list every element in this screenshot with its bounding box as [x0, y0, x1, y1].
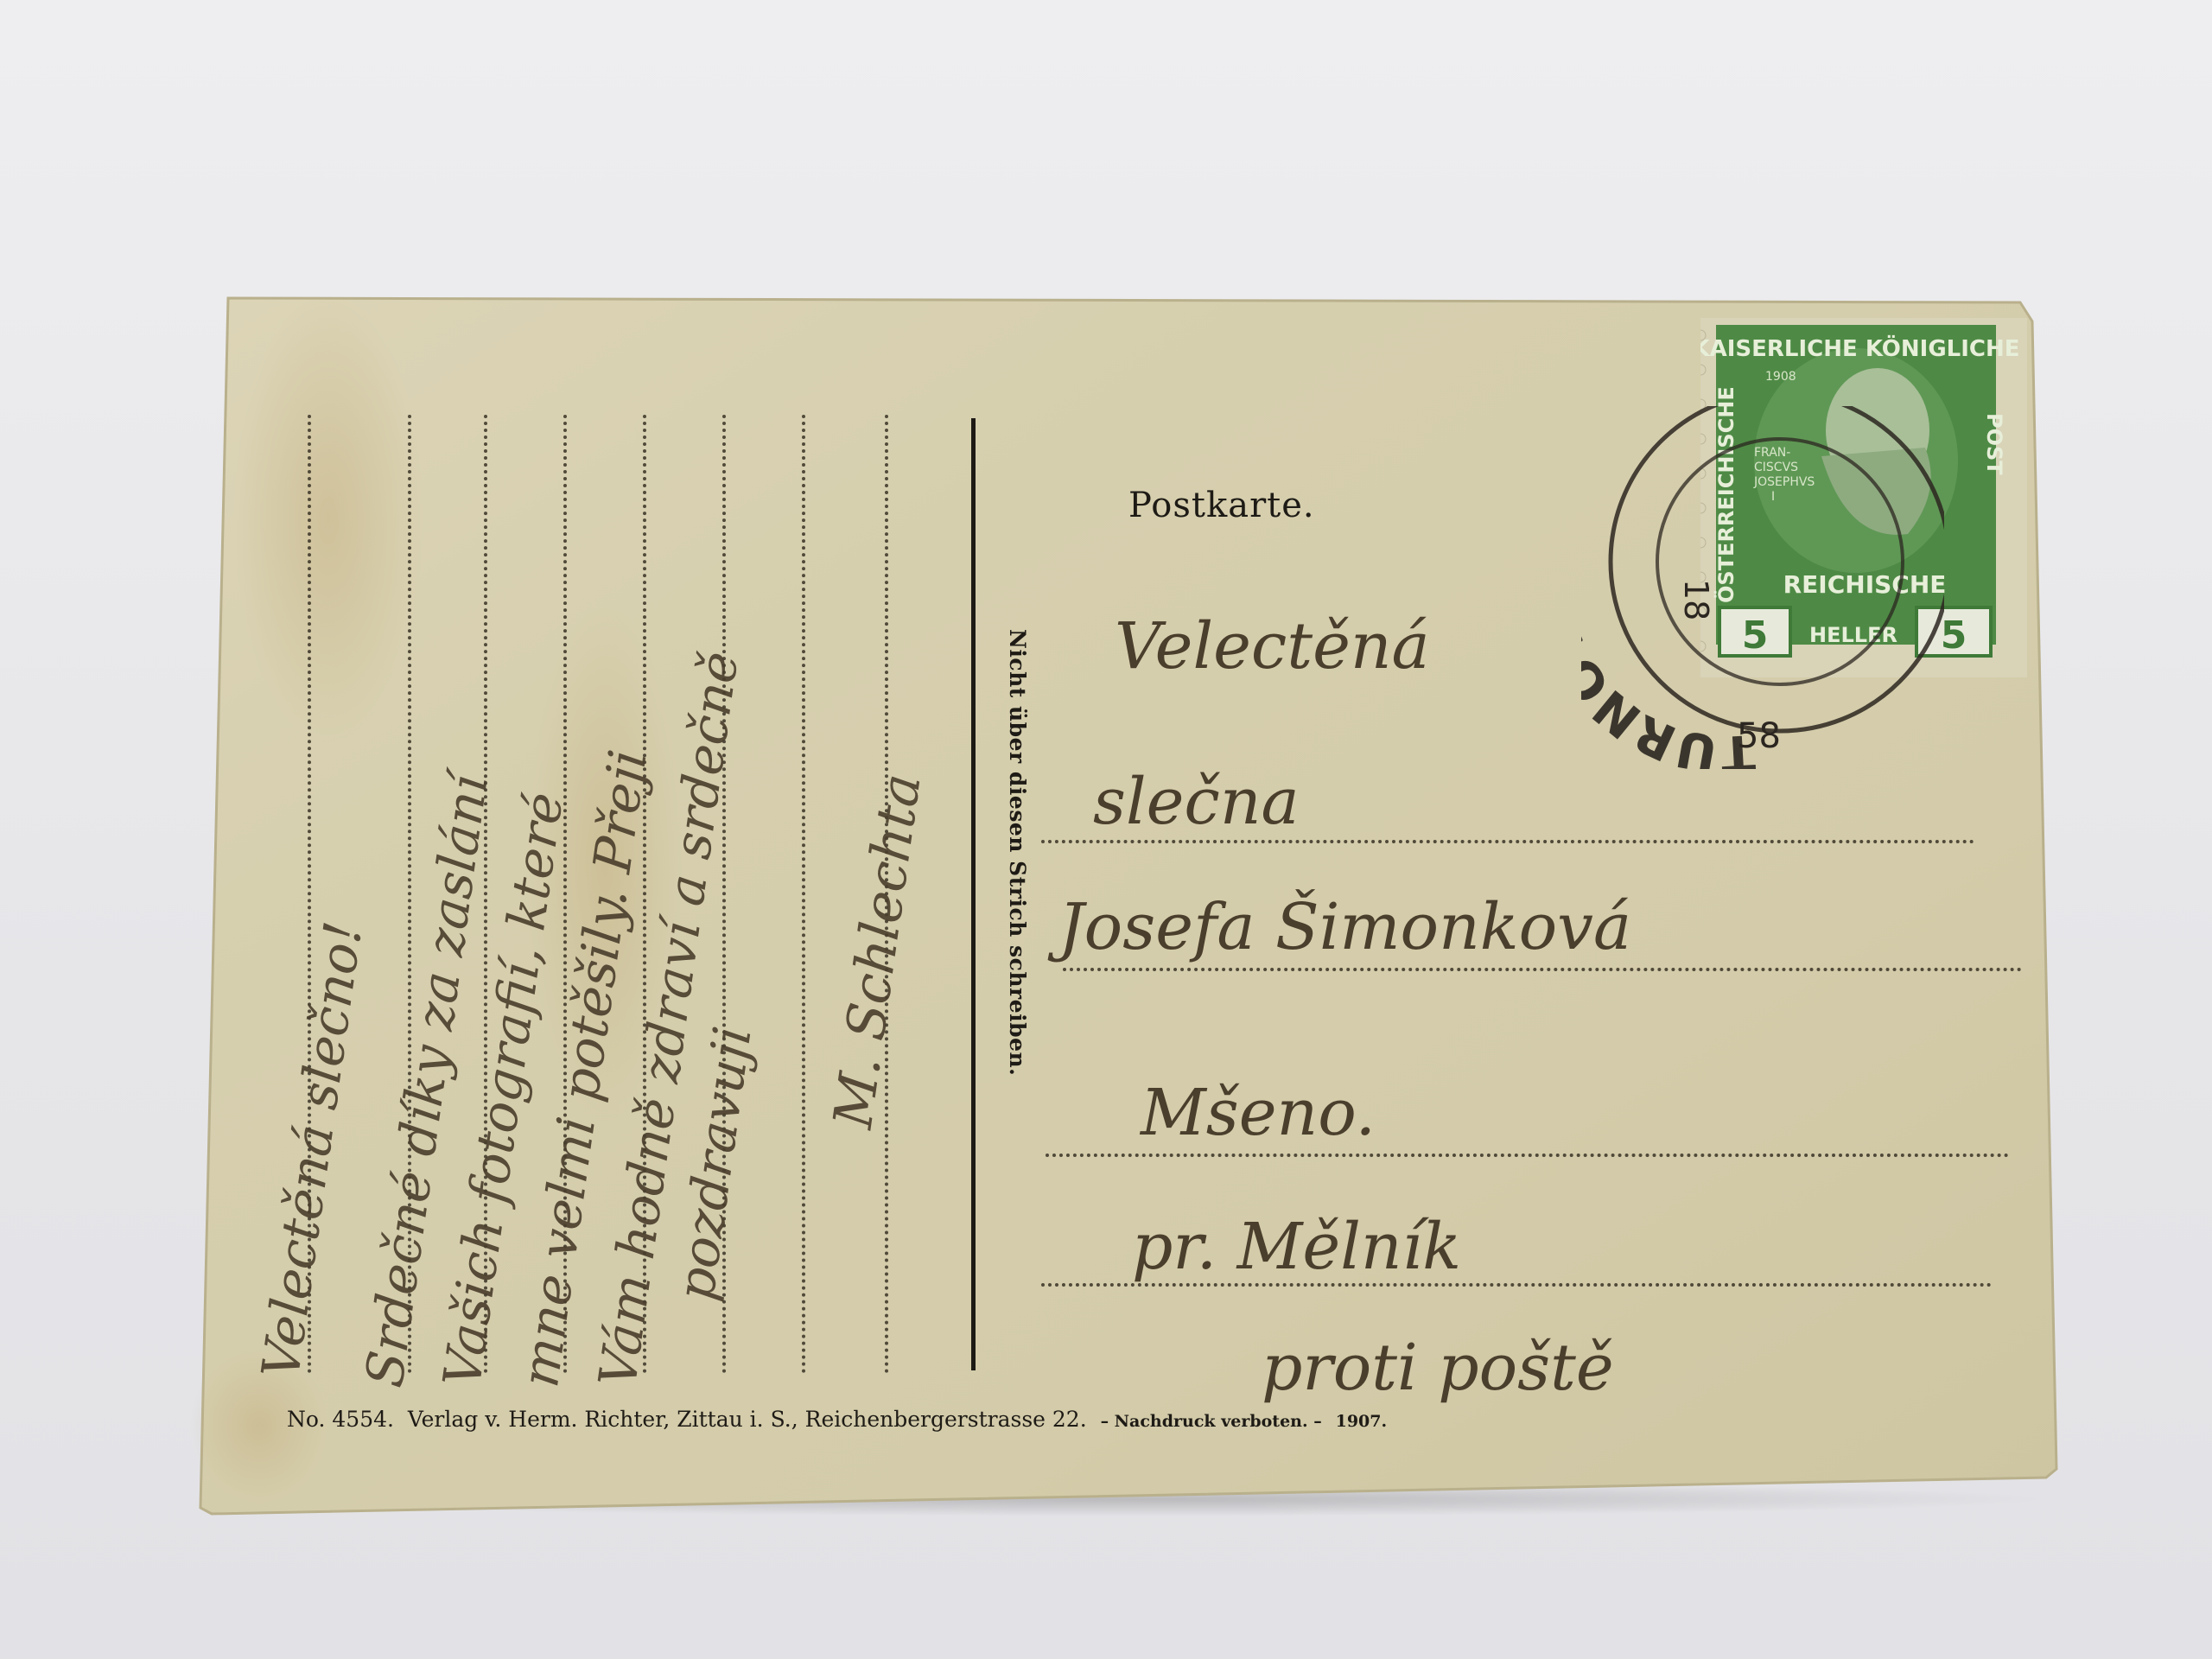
- stamp-top-text: KAISERLICHE KÖNIGLICHE: [1700, 334, 2020, 362]
- publication-year: 1907.: [1336, 1412, 1388, 1431]
- address-line: [1046, 1154, 2009, 1157]
- postmark-cancellation: TURNOV 18 58: [1581, 406, 1944, 769]
- postcard-title: Postkarte.: [1128, 486, 1315, 525]
- divider-note: Nicht über diesen Strich schreiben.: [1005, 629, 1030, 1076]
- address-title: slečna: [1093, 765, 1300, 839]
- message-guide-line: [802, 415, 805, 1374]
- address-district: pr. Mělník: [1132, 1210, 1461, 1284]
- publisher-name: Verlag v. Herm. Richter, Zittau i. S., R…: [408, 1407, 1087, 1432]
- stamp-value-right: 5: [1941, 613, 1967, 658]
- address-line: [1063, 968, 2022, 971]
- address-name: Josefa Šimonková: [1058, 890, 1631, 964]
- postmark-day: 18: [1677, 579, 1715, 620]
- divider-line: [971, 418, 976, 1370]
- reprint-notice: – Nachdruck verboten. –: [1101, 1412, 1322, 1431]
- address-note: proti poště: [1262, 1331, 1614, 1405]
- publisher-line: No. 4554. Verlag v. Herm. Richter, Zitta…: [287, 1407, 1387, 1432]
- svg-text:1908: 1908: [1765, 370, 1796, 384]
- card-number: No. 4554.: [287, 1407, 394, 1432]
- address-salutation: Velectěná: [1115, 609, 1430, 683]
- postcard: Velectěná slečno! Srdečné díky za zaslán…: [0, 0, 2212, 1659]
- address-town: Mšeno.: [1141, 1076, 1376, 1150]
- address-line: [1041, 840, 1974, 843]
- svg-text:POST: POST: [1982, 413, 2006, 475]
- postmark-code: 58: [1737, 716, 1781, 756]
